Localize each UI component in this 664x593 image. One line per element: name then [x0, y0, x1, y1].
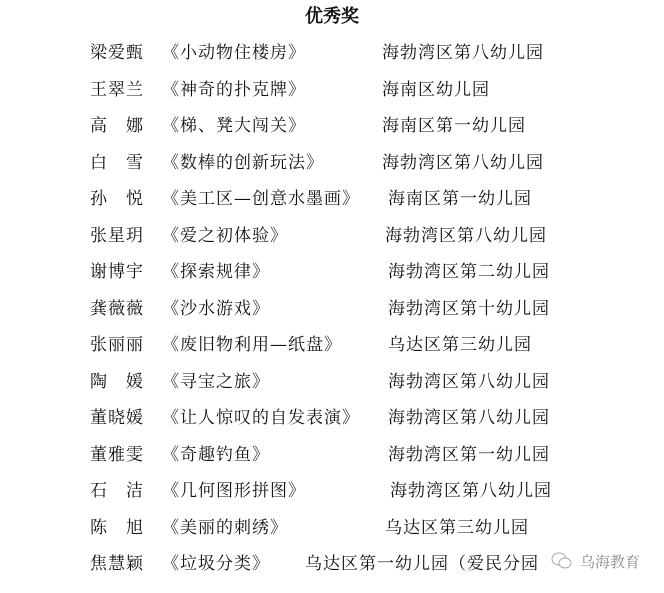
recipient-name: 张丽丽 [90, 332, 144, 358]
work-title: 《神奇的扑克牌》 [162, 77, 306, 103]
recipient-name: 张星玥 [90, 223, 144, 249]
recipient-name: 孙 悦 [90, 186, 144, 212]
work-title: 《几何图形拼图》 [162, 478, 306, 504]
recipient-name: 董雅雯 [90, 442, 144, 468]
organization: 海勃湾区第八幼儿园 [385, 223, 547, 249]
work-title: 《梯、凳大闯关》 [162, 113, 306, 139]
organization: 海勃湾区第八幼儿园 [390, 478, 552, 504]
award-entry: 董雅雯《奇趣钓鱼》海勃湾区第一幼儿园 [0, 442, 664, 468]
work-title: 《美丽的刺绣》 [162, 515, 288, 541]
recipient-name: 王翠兰 [90, 77, 144, 103]
organization: 乌达区第一幼儿园（爱民分园 [305, 551, 539, 577]
recipient-name: 白 雪 [90, 150, 144, 176]
award-entry: 董晓媛《让人惊叹的自发表演》海勃湾区第八幼儿园 [0, 405, 664, 431]
award-entry: 白 雪《数棒的创新玩法》海勃湾区第八幼儿园 [0, 150, 664, 176]
work-title: 《美工区—创意水墨画》 [162, 186, 360, 212]
watermark-text: 乌海教育 [580, 551, 640, 572]
award-entry: 陈 旭《美丽的刺绣》乌达区第三幼儿园 [0, 515, 664, 541]
organization: 海勃湾区第八幼儿园 [388, 369, 550, 395]
award-entry: 陶 媛《寻宝之旅》海勃湾区第八幼儿园 [0, 369, 664, 395]
recipient-name: 高 娜 [90, 113, 144, 139]
recipient-name: 陈 旭 [90, 515, 144, 541]
award-entry: 龚薇薇《沙水游戏》海勃湾区第十幼儿园 [0, 296, 664, 322]
watermark: 乌海教育 [548, 548, 640, 574]
section-title: 优秀奖 [0, 4, 664, 30]
organization: 海勃湾区第一幼儿园 [388, 442, 550, 468]
organization: 海勃湾区第十幼儿园 [388, 296, 550, 322]
organization: 海南区第一幼儿园 [388, 186, 532, 212]
award-entry: 梁爱甄《小动物住楼房》海勃湾区第八幼儿园 [0, 40, 664, 66]
recipient-name: 谢博宇 [90, 259, 144, 285]
organization: 海勃湾区第八幼儿园 [382, 150, 544, 176]
award-entry: 张星玥《爱之初体验》海勃湾区第八幼儿园 [0, 223, 664, 249]
award-entry: 孙 悦《美工区—创意水墨画》海南区第一幼儿园 [0, 186, 664, 212]
award-entry: 王翠兰《神奇的扑克牌》海南区幼儿园 [0, 77, 664, 103]
work-title: 《垃圾分类》 [162, 551, 270, 577]
work-title: 《沙水游戏》 [162, 296, 270, 322]
work-title: 《奇趣钓鱼》 [162, 442, 270, 468]
work-title: 《探索规律》 [162, 259, 270, 285]
recipient-name: 焦慧颖 [90, 551, 144, 577]
organization: 海南区幼儿园 [382, 77, 490, 103]
work-title: 《让人惊叹的自发表演》 [162, 405, 360, 431]
work-title: 《废旧物利用—纸盘》 [162, 332, 342, 358]
award-entry: 高 娜《梯、凳大闯关》海南区第一幼儿园 [0, 113, 664, 139]
organization: 乌达区第三幼儿园 [388, 332, 532, 358]
recipient-name: 龚薇薇 [90, 296, 144, 322]
organization: 海勃湾区第八幼儿园 [388, 405, 550, 431]
recipient-name: 陶 媛 [90, 369, 144, 395]
work-title: 《小动物住楼房》 [162, 40, 306, 66]
organization: 乌达区第三幼儿园 [385, 515, 529, 541]
wechat-icon [550, 551, 574, 571]
organization: 海勃湾区第二幼儿园 [388, 259, 550, 285]
award-entry: 张丽丽《废旧物利用—纸盘》乌达区第三幼儿园 [0, 332, 664, 358]
organization: 海勃湾区第八幼儿园 [382, 40, 544, 66]
award-entry: 谢博宇《探索规律》海勃湾区第二幼儿园 [0, 259, 664, 285]
award-entry: 石 洁《几何图形拼图》海勃湾区第八幼儿园 [0, 478, 664, 504]
recipient-name: 梁爱甄 [90, 40, 144, 66]
work-title: 《爱之初体验》 [162, 223, 288, 249]
work-title: 《寻宝之旅》 [162, 369, 270, 395]
work-title: 《数棒的创新玩法》 [162, 150, 324, 176]
recipient-name: 董晓媛 [90, 405, 144, 431]
organization: 海南区第一幼儿园 [382, 113, 526, 139]
recipient-name: 石 洁 [90, 478, 144, 504]
